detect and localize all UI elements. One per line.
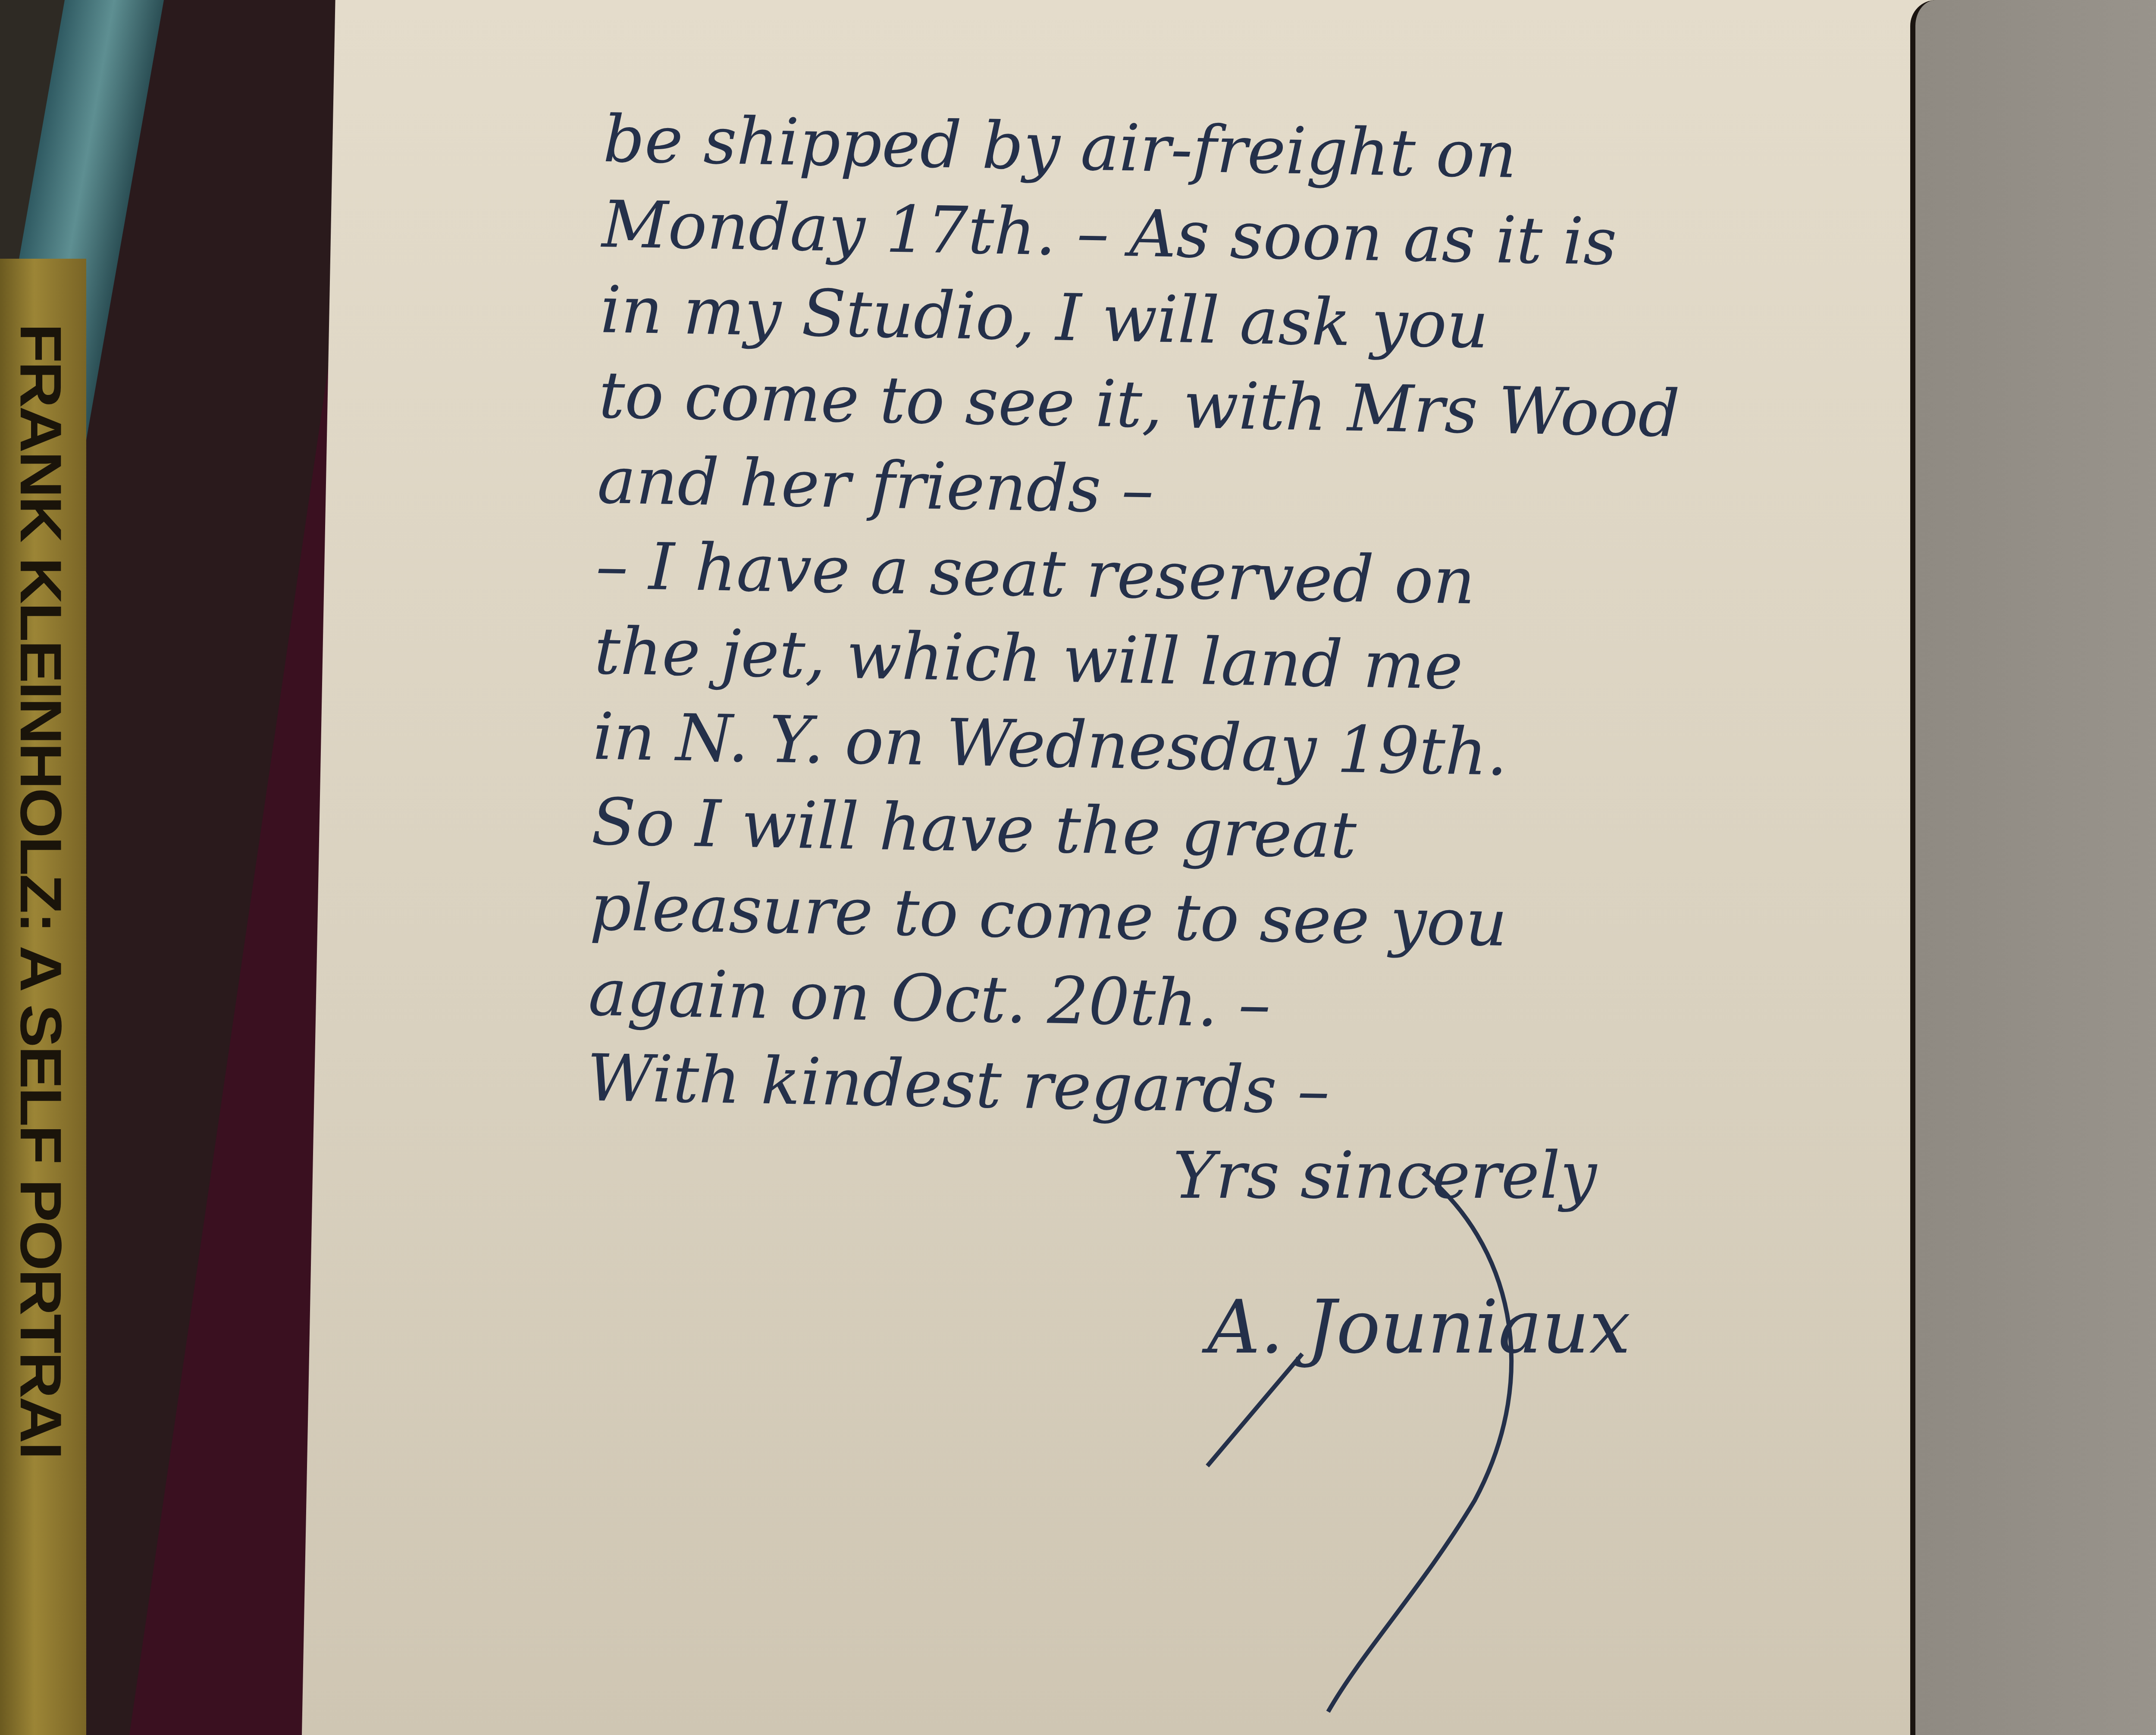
signature-flourish-icon bbox=[1121, 1156, 1725, 1716]
letter-body: be shipped by air-freight on Monday 17th… bbox=[586, 97, 1897, 1143]
spine-title: FRANK KLEINHOLZ: A SELF PORTRAI bbox=[7, 323, 75, 1458]
printed-booklet: ALFRE DR. LORIN I C bbox=[1910, 0, 2156, 1735]
yellow-book-spine: FRANK KLEINHOLZ: A SELF PORTRAI bbox=[0, 259, 86, 1735]
